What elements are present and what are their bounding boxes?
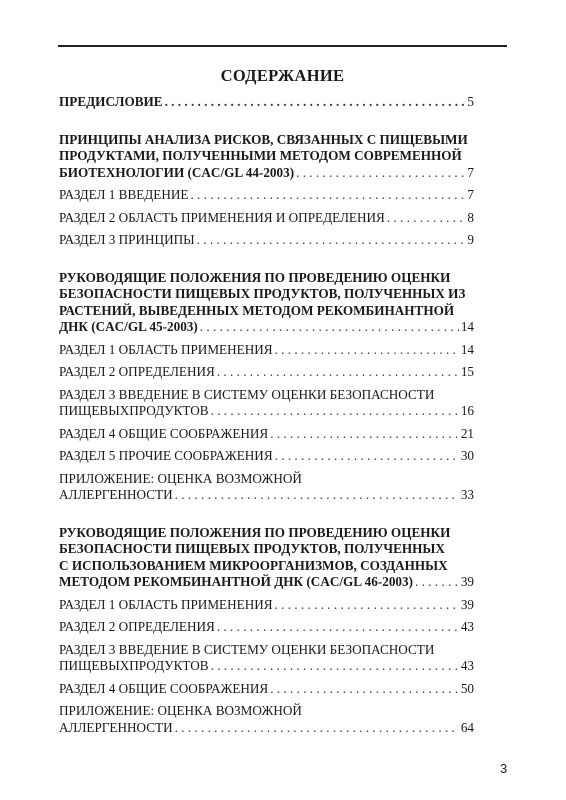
toc-entry-label: РАЗДЕЛ 3 ПРИНЦИПЫ [59,232,195,249]
toc-entry-page: 16 [461,403,474,420]
toc-entry-label: РАЗДЕЛ 1 ОБЛАСТЬ ПРИМЕНЕНИЯ [59,597,273,614]
toc-subsection-entry[interactable]: РАЗДЕЛ 2 ОПРЕДЕЛЕНИЯ15 [59,364,474,381]
toc-entry-label: РАЗДЕЛ 2 ОПРЕДЕЛЕНИЯ [59,364,215,381]
toc-subsection-entry[interactable]: РАЗДЕЛ 5 ПРОЧИЕ СООБРАЖЕНИЯ30 [59,448,474,465]
toc-entry-label: РАЗДЕЛ 5 ПРОЧИЕ СООБРАЖЕНИЯ [59,448,273,465]
leader-dots [270,426,459,443]
leader-dots [387,210,466,227]
toc-subsection-entry[interactable]: ПРИЛОЖЕНИЕ: ОЦЕНКА ВОЗМОЖНОЙАЛЛЕРГЕННОСТ… [59,703,474,736]
page-title: СОДЕРЖАНИЕ [58,66,507,86]
toc-entry-label: АЛЛЕРГЕННОСТИ [59,487,173,504]
toc-entry-label: РАЗДЕЛ 1 ВВЕДЕНИЕ [59,187,188,204]
toc-entry-page: 14 [461,342,474,359]
toc-entry-page: 15 [461,364,474,381]
toc-entry-page: 33 [461,487,474,504]
toc-subsection-entry[interactable]: РАЗДЕЛ 4 ОБЩИЕ СООБРАЖЕНИЯ21 [59,426,474,443]
toc-entry-label: ПРЕДИСЛОВИЕ [59,94,163,111]
toc-entry-label: РАЗДЕЛ 4 ОБЩИЕ СООБРАЖЕНИЯ [59,681,268,698]
leader-dots [165,94,466,111]
page-number: 3 [500,761,507,776]
leader-dots [211,403,459,420]
toc-heading-line: РУКОВОДЯЩИЕ ПОЛОЖЕНИЯ ПО ПРОВЕДЕНИЮ ОЦЕН… [59,270,474,287]
toc-entry-page: 64 [461,720,474,737]
toc-heading-line: РАСТЕНИЙ, ВЫВЕДЕННЫХ МЕТОДОМ РЕКОМБИНАНТ… [59,303,474,320]
leader-dots [270,681,459,698]
toc-entry-page: 39 [461,597,474,614]
leader-dots [415,574,459,591]
toc-heading-line: ПРОДУКТАМИ, ПОЛУЧЕННЫМИ МЕТОДОМ СОВРЕМЕН… [59,148,474,165]
toc-entry-page: 50 [461,681,474,698]
toc-entry-page: 43 [461,658,474,675]
toc-entry-line: ПРИЛОЖЕНИЕ: ОЦЕНКА ВОЗМОЖНОЙ [59,471,474,488]
toc-heading-line: РУКОВОДЯЩИЕ ПОЛОЖЕНИЯ ПО ПРОВЕДЕНИЮ ОЦЕН… [59,525,474,542]
leader-dots [296,165,465,182]
toc-heading-line: С ИСПОЛЬЗОВАНИЕМ МИКРООРГАНИЗМОВ, СОЗДАН… [59,558,474,575]
toc-heading-line: БЕЗОПАСНОСТИ ПИЩЕВЫХ ПРОДУКТОВ, ПОЛУЧЕНН… [59,286,474,303]
leader-dots [217,364,459,381]
toc-entry-label: АЛЛЕРГЕННОСТИ [59,720,173,737]
leader-dots [217,619,459,636]
toc-subsection-entry[interactable]: РАЗДЕЛ 2 ОПРЕДЕЛЕНИЯ43 [59,619,474,636]
leader-dots [200,319,459,336]
toc-entry-line: РАЗДЕЛ 3 ВВЕДЕНИЕ В СИСТЕМУ ОЦЕНКИ БЕЗОП… [59,642,474,659]
toc-subsection-entry[interactable]: РАЗДЕЛ 1 ОБЛАСТЬ ПРИМЕНЕНИЯ14 [59,342,474,359]
toc-entry-page: 30 [461,448,474,465]
toc-subsection-entry[interactable]: РАЗДЕЛ 2 ОБЛАСТЬ ПРИМЕНЕНИЯ И ОПРЕДЕЛЕНИ… [59,210,474,227]
toc-subsection-entry[interactable]: РАЗДЕЛ 3 ПРИНЦИПЫ9 [59,232,474,249]
toc-entry-page: 8 [467,210,474,227]
toc-entry-label: РАЗДЕЛ 2 ОБЛАСТЬ ПРИМЕНЕНИЯ И ОПРЕДЕЛЕНИ… [59,210,385,227]
toc-entry-label: ПИЩЕВЫХПРОДУКТОВ [59,403,209,420]
leader-dots [275,597,459,614]
leader-dots [197,232,466,249]
toc-subsection-entry[interactable]: РАЗДЕЛ 1 ВВЕДЕНИЕ7 [59,187,474,204]
leader-dots [175,487,459,504]
toc-entry-page: 39 [461,574,474,591]
toc-entry-label: РАЗДЕЛ 1 ОБЛАСТЬ ПРИМЕНЕНИЯ [59,342,273,359]
toc-entry-label: РАЗДЕЛ 4 ОБЩИЕ СООБРАЖЕНИЯ [59,426,268,443]
leader-dots [190,187,465,204]
toc-section-heading[interactable]: РУКОВОДЯЩИЕ ПОЛОЖЕНИЯ ПО ПРОВЕДЕНИЮ ОЦЕН… [59,525,474,591]
toc-subsection-entry[interactable]: РАЗДЕЛ 1 ОБЛАСТЬ ПРИМЕНЕНИЯ39 [59,597,474,614]
toc-entry-line: РАЗДЕЛ 3 ВВЕДЕНИЕ В СИСТЕМУ ОЦЕНКИ БЕЗОП… [59,387,474,404]
leader-dots [175,720,459,737]
toc-heading-label: МЕТОДОМ РЕКОМБИНАНТНОЙ ДНК (CAC/GL 46-20… [59,574,413,591]
toc-entry-page: 21 [461,426,474,443]
leader-dots [275,448,459,465]
toc-subsection-entry[interactable]: ПРИЛОЖЕНИЕ: ОЦЕНКА ВОЗМОЖНОЙАЛЛЕРГЕННОСТ… [59,471,474,504]
toc-entry-label: ПИЩЕВЫХПРОДУКТОВ [59,658,209,675]
table-of-contents: ПРЕДИСЛОВИЕ 5 ПРИНЦИПЫ АНАЛИЗА РИСКОВ, С… [59,94,474,736]
toc-entry-page: 9 [467,232,474,249]
toc-sections: ПРИНЦИПЫ АНАЛИЗА РИСКОВ, СВЯЗАННЫХ С ПИЩ… [59,132,474,737]
toc-entry-page: 7 [467,187,474,204]
toc-entry-page: 5 [467,94,474,111]
toc-section-heading[interactable]: ПРИНЦИПЫ АНАЛИЗА РИСКОВ, СВЯЗАННЫХ С ПИЩ… [59,132,474,182]
toc-entry-label: РАЗДЕЛ 2 ОПРЕДЕЛЕНИЯ [59,619,215,636]
leader-dots [211,658,459,675]
toc-heading-line: БЕЗОПАСНОСТИ ПИЩЕВЫХ ПРОДУКТОВ, ПОЛУЧЕНН… [59,541,474,558]
toc-entry-page: 43 [461,619,474,636]
leader-dots [275,342,459,359]
toc-subsection-entry[interactable]: РАЗДЕЛ 3 ВВЕДЕНИЕ В СИСТЕМУ ОЦЕНКИ БЕЗОП… [59,642,474,675]
toc-heading-label: ДНК (CAC/GL 45-2003) [59,319,198,336]
toc-entry-page: 14 [461,319,474,336]
toc-entry-line: ПРИЛОЖЕНИЕ: ОЦЕНКА ВОЗМОЖНОЙ [59,703,474,720]
toc-heading-label: БИОТЕХНОЛОГИИ (CAC/GL 44-2003) [59,165,294,182]
toc-entry-page: 7 [467,165,474,182]
toc-subsection-entry[interactable]: РАЗДЕЛ 3 ВВЕДЕНИЕ В СИСТЕМУ ОЦЕНКИ БЕЗОП… [59,387,474,420]
header-rule [58,45,507,47]
toc-section-heading[interactable]: РУКОВОДЯЩИЕ ПОЛОЖЕНИЯ ПО ПРОВЕДЕНИЮ ОЦЕН… [59,270,474,336]
toc-subsection-entry[interactable]: РАЗДЕЛ 4 ОБЩИЕ СООБРАЖЕНИЯ50 [59,681,474,698]
toc-entry-preface[interactable]: ПРЕДИСЛОВИЕ 5 [59,94,474,111]
toc-heading-line: ПРИНЦИПЫ АНАЛИЗА РИСКОВ, СВЯЗАННЫХ С ПИЩ… [59,132,474,149]
